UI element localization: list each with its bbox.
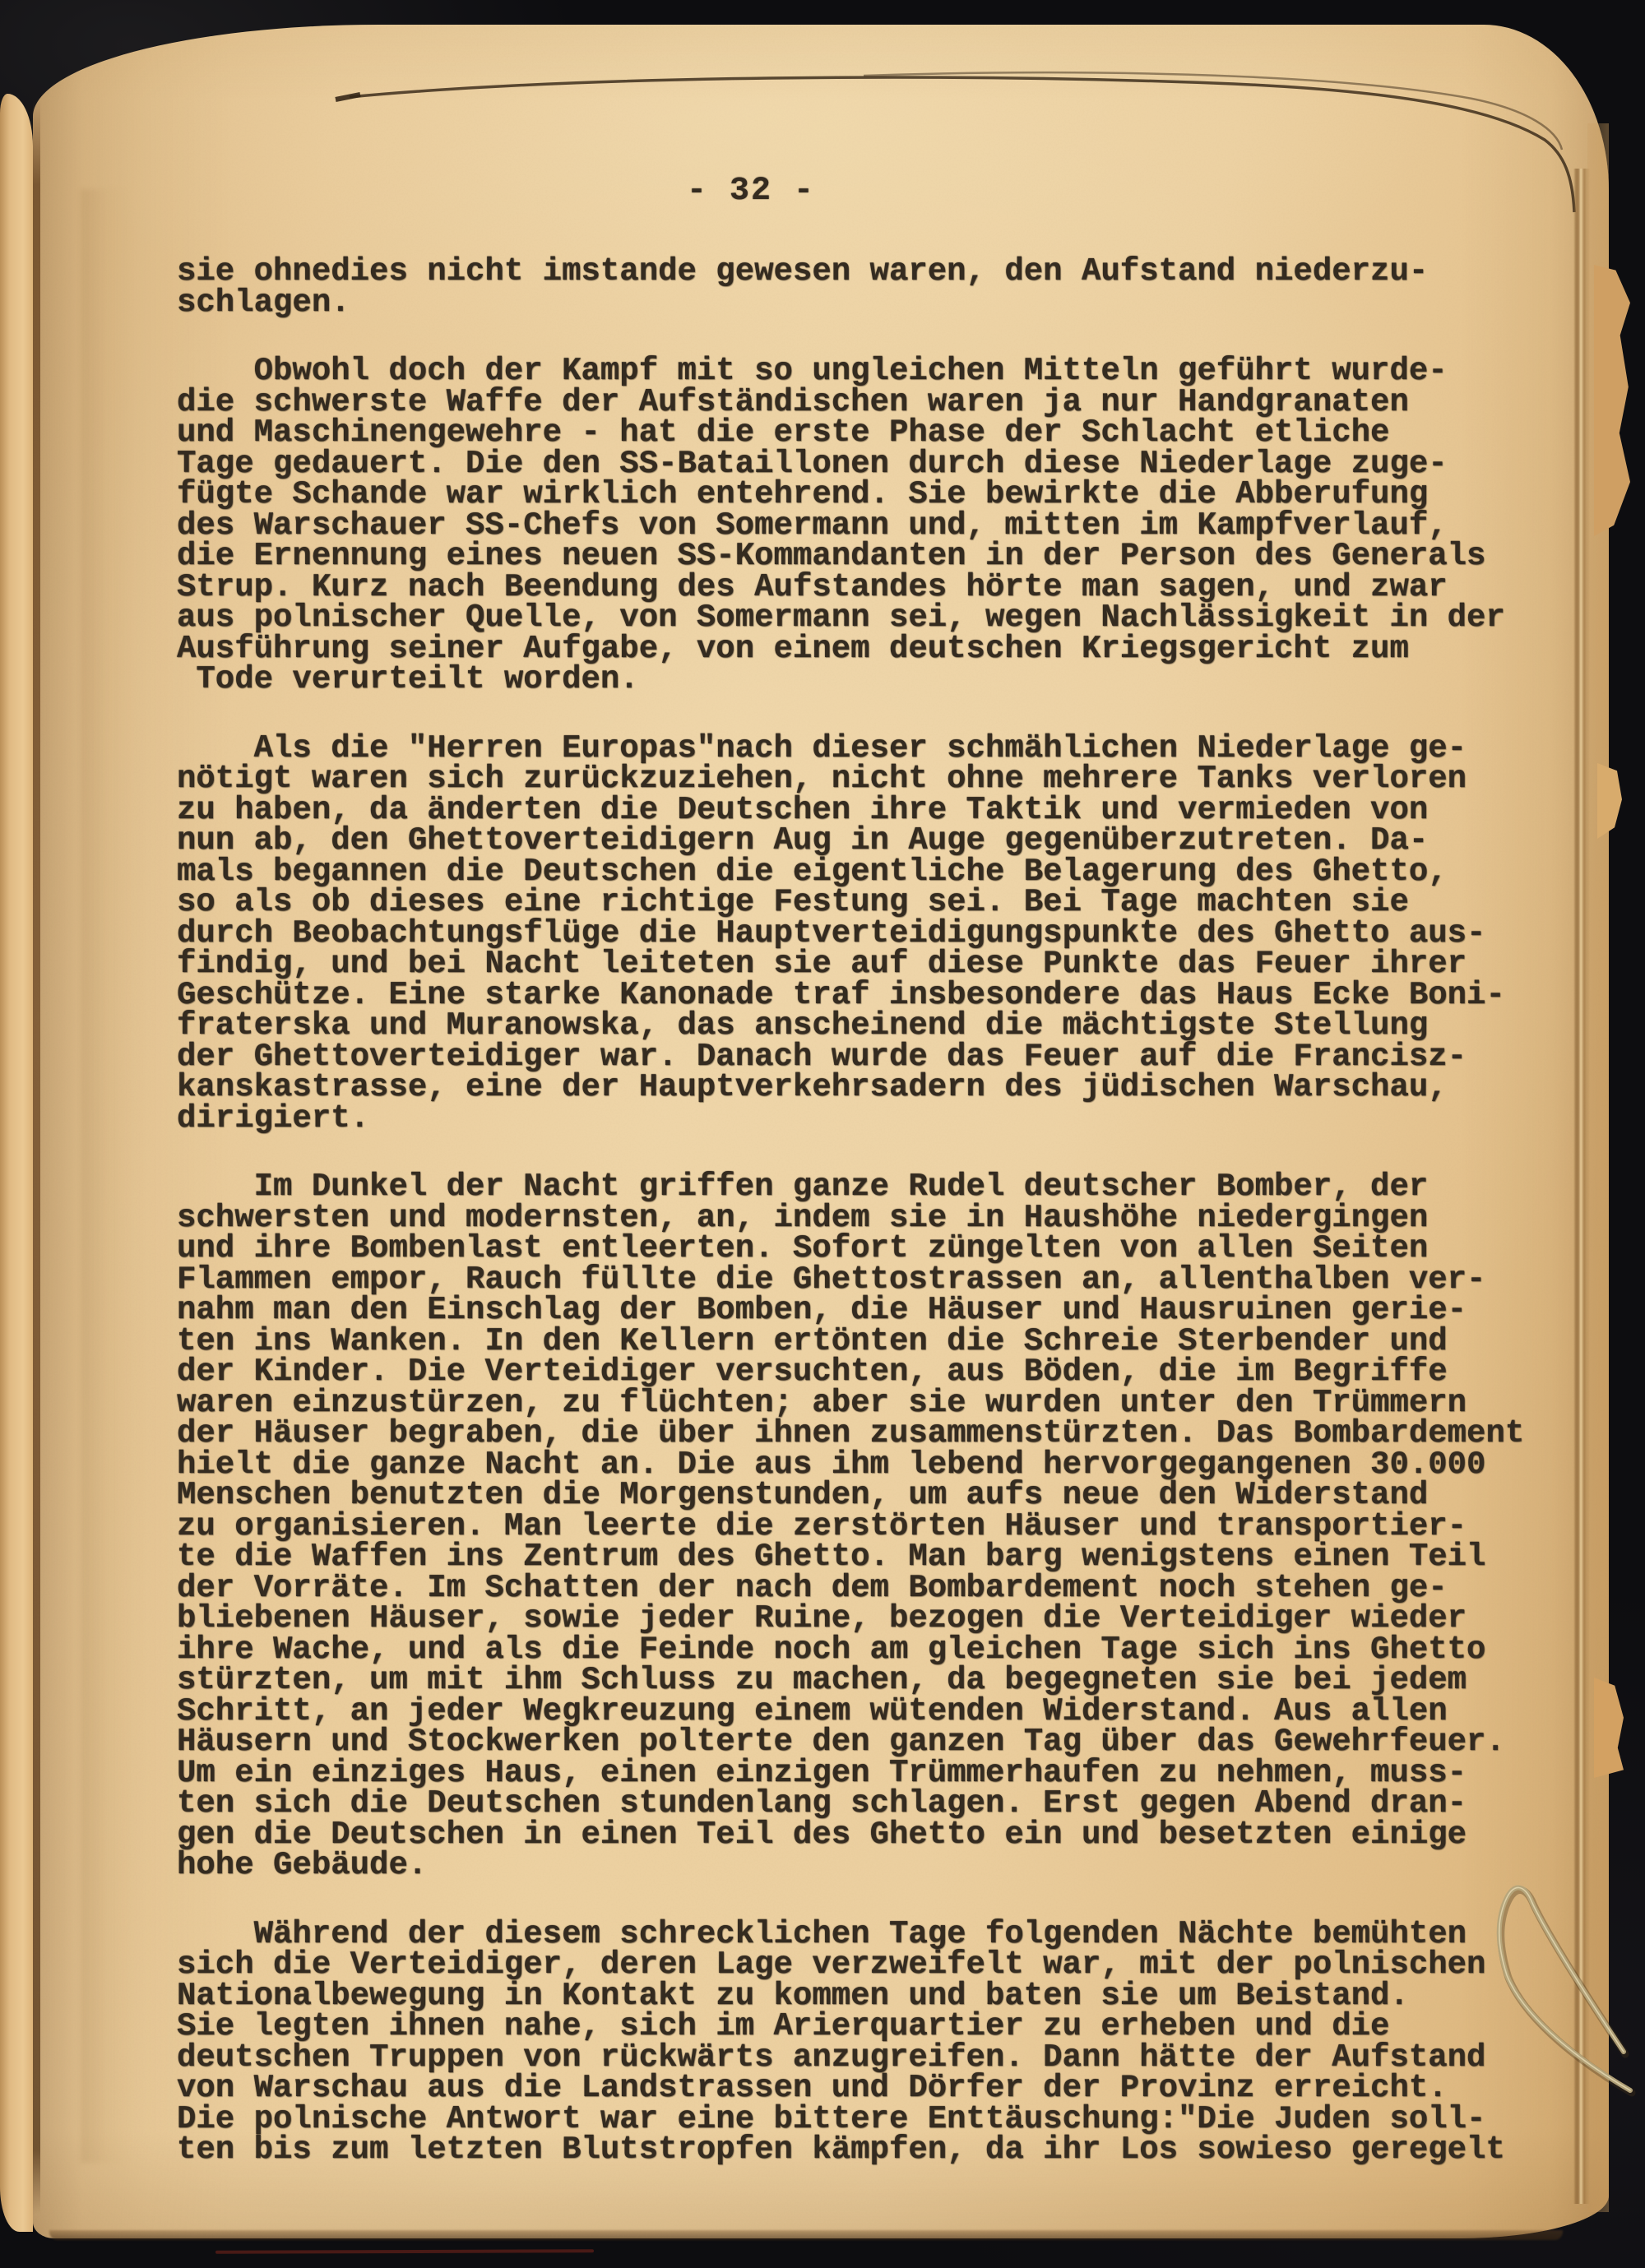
paragraph: Während der diesem schrecklichen Tage fo… bbox=[177, 1919, 1592, 2166]
torn-paper-patch bbox=[1597, 763, 1622, 839]
paragraph: Im Dunkel der Nacht griffen ganze Rudel … bbox=[177, 1172, 1592, 1882]
paragraph: Als die "Herren Europas"nach dieser schm… bbox=[177, 734, 1592, 1135]
red-edge-mark bbox=[215, 2249, 594, 2254]
paragraph: Obwohl doch der Kampf mit so ungleichen … bbox=[177, 356, 1592, 696]
document-page: - 32 - sie ohnedies nicht imstande gewes… bbox=[33, 25, 1609, 2238]
page-bottom-edge bbox=[49, 2230, 1563, 2240]
scanned-book-page: - 32 - sie ohnedies nicht imstande gewes… bbox=[0, 0, 1645, 2268]
torn-paper-patch bbox=[1594, 1678, 1624, 1778]
typewritten-text-column: sie ohnedies nicht imstande gewesen ware… bbox=[177, 257, 1592, 2204]
right-fold-line bbox=[1573, 169, 1590, 2204]
torn-paper-patch bbox=[1594, 265, 1630, 536]
previous-page-edge bbox=[0, 94, 33, 2232]
paragraph-continuation: sie ohnedies nicht imstande gewesen ware… bbox=[177, 257, 1592, 318]
page-number: - 32 - bbox=[687, 173, 815, 210]
